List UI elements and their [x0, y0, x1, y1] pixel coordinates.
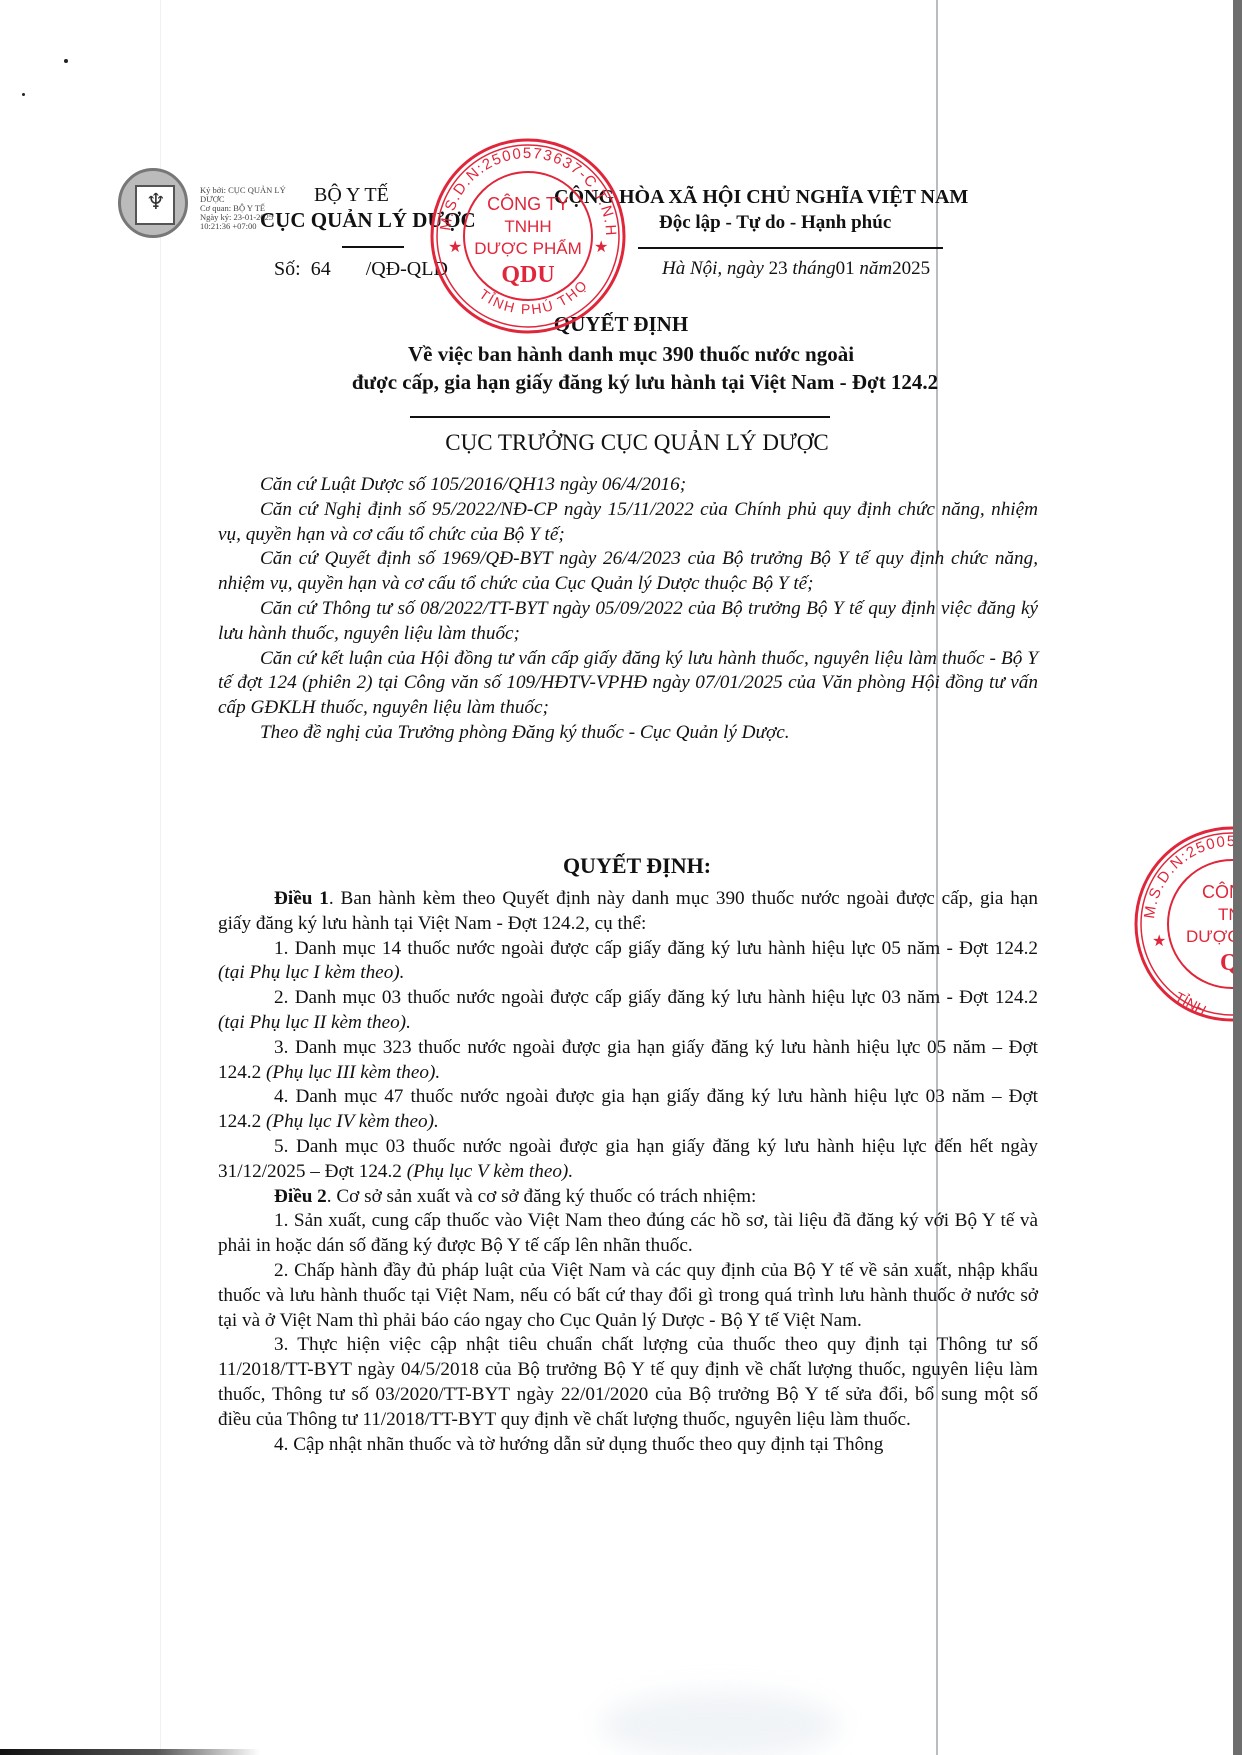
- document-subject-line-1: Về việc ban hành danh mục 390 thuốc nước…: [0, 342, 1242, 367]
- svg-text:★: ★: [1152, 933, 1166, 950]
- article-1-item: 1. Danh mục 14 thuốc nước ngoài được cấp…: [218, 937, 1038, 987]
- national-motto: Độc lập - Tự do - Hạnh phúc: [659, 212, 891, 234]
- scan-smudge: [600, 1690, 840, 1755]
- article-2-item: 3. Thực hiện việc cập nhật tiêu chuẩn ch…: [218, 1333, 1038, 1432]
- article-1-item: 2. Danh mục 03 thuốc nước ngoài được cấp…: [218, 986, 1038, 1036]
- ministry-name: BỘ Y TẾ: [314, 184, 389, 207]
- article-2-item: 2. Chấp hành đầy đủ pháp luật của Việt N…: [218, 1259, 1038, 1333]
- scan-speck: [64, 59, 68, 63]
- svg-text:TN: TN: [1218, 905, 1233, 924]
- article-1-item: 3. Danh mục 323 thuốc nước ngoài được gi…: [218, 1036, 1038, 1086]
- basis-item: Căn cứ Luật Dược số 105/2016/QH13 ngày 0…: [218, 473, 1038, 498]
- issue-date: Hà Nội, ngày 23 tháng01 năm2025: [662, 258, 930, 280]
- article-2-item: 1. Sản xuất, cung cấp thuốc vào Việt Nam…: [218, 1209, 1038, 1259]
- articles: Điều 1. Ban hành kèm theo Quyết định này…: [218, 887, 1038, 1457]
- svg-text:★: ★: [448, 239, 462, 256]
- company-seal-stamp-partial: M.S.D.N:2500573 ★ TỈNH CÔN TN DƯỢC Q: [1132, 824, 1233, 1024]
- basis-item: Căn cứ Nghị định số 95/2022/NĐ-CP ngày 1…: [218, 498, 1038, 548]
- svg-text:TỈNH: TỈNH: [1173, 989, 1209, 1018]
- svg-text:TNHH: TNHH: [504, 217, 551, 236]
- svg-text:Q: Q: [1220, 950, 1233, 976]
- basis-item: Theo đề nghị của Trưởng phòng Đăng ký th…: [218, 721, 1038, 746]
- document-number: Số: 64 /QĐ-QLD: [274, 258, 448, 281]
- decision-heading: QUYẾT ĐỊNH:: [0, 853, 1242, 879]
- article-2: Điều 2. Cơ sở sản xuất và cơ sở đăng ký …: [218, 1185, 1038, 1210]
- svg-text:CÔN: CÔN: [1202, 881, 1233, 902]
- svg-text:★: ★: [594, 239, 608, 256]
- svg-text:DƯỢC: DƯỢC: [1186, 927, 1233, 946]
- signer-text: Ký bởi: CỤC QUẢN LÝ DƯỢC: [200, 186, 290, 204]
- article-1-item: 5. Danh mục 03 thuốc nước ngoài được gia…: [218, 1135, 1038, 1185]
- issuing-authority: CỤC TRƯỞNG CỤC QUẢN LÝ DƯỢC: [0, 430, 1242, 456]
- basis-item: Căn cứ Thông tư số 08/2022/TT-BYT ngày 0…: [218, 597, 1038, 647]
- divider: [342, 246, 404, 248]
- svg-text:DƯỢC PHẨM: DƯỢC PHẨM: [474, 239, 582, 258]
- document-subject-line-2: được cấp, gia hạn giấy đăng ký lưu hành …: [0, 370, 1242, 395]
- divider: [638, 247, 943, 249]
- divider: [410, 416, 830, 418]
- article-2-item: 4. Cập nhật nhãn thuốc và tờ hướng dẫn s…: [218, 1433, 1038, 1458]
- scan-speck: [22, 93, 25, 96]
- basis-item: Căn cứ kết luận của Hội đồng tư vấn cấp …: [218, 647, 1038, 721]
- basis-item: Căn cứ Quyết định số 1969/QĐ-BYT ngày 26…: [218, 547, 1038, 597]
- article-1: Điều 1. Ban hành kèm theo Quyết định này…: [218, 887, 1038, 937]
- svg-text:QDU: QDU: [501, 262, 554, 288]
- article-1-item: 4. Danh mục 47 thuốc nước ngoài được gia…: [218, 1085, 1038, 1135]
- scan-edge-bottom: [0, 1749, 260, 1755]
- svg-text:CÔNG TY: CÔNG TY: [487, 193, 569, 214]
- legal-basis: Căn cứ Luật Dược số 105/2016/QH13 ngày 0…: [218, 473, 1038, 746]
- company-seal-stamp: M.S.D.N:2500573637-C.T.N.H.H TỈNH PHÚ TH…: [428, 136, 628, 336]
- ministry-emblem-icon: ♆: [118, 168, 188, 238]
